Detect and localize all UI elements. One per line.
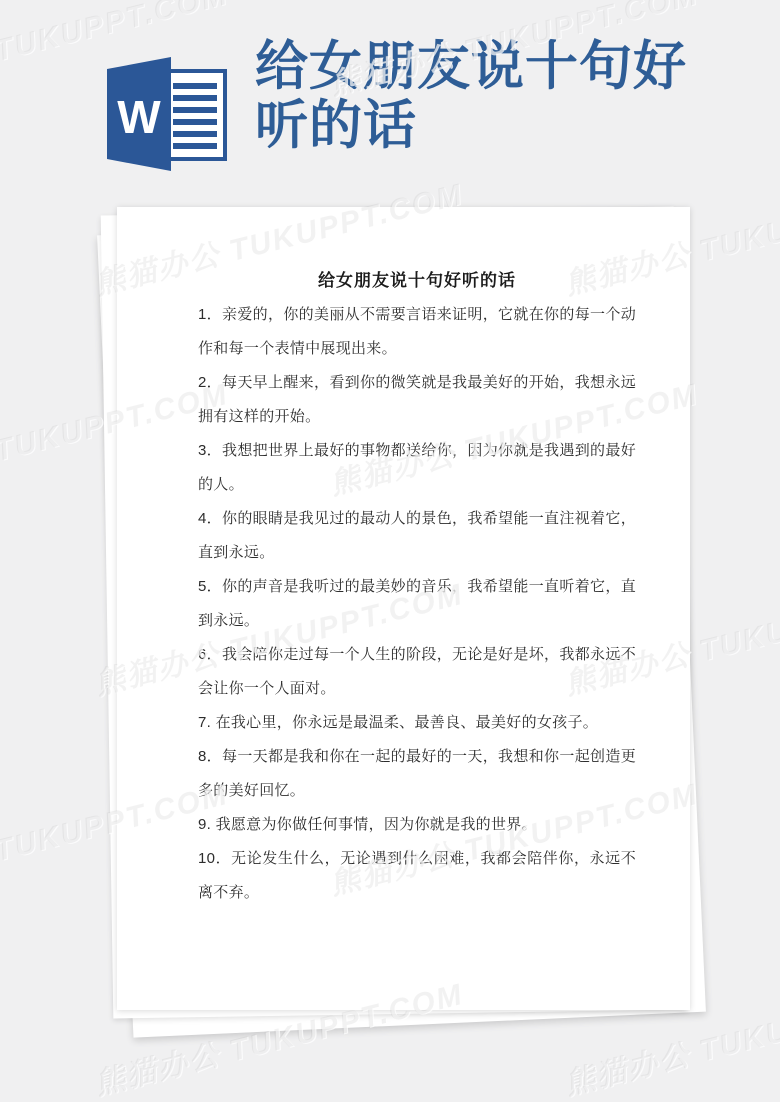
word-icon: W xyxy=(103,57,229,171)
document-paragraph: 10．无论发生什么，无论遇到什么困难，我都会陪伴你，永远不离不弃。 xyxy=(198,842,636,910)
document-paragraph: 4．你的眼睛是我见过的最动人的景色，我希望能一直注视着它，直到永远。 xyxy=(198,502,636,570)
document-paragraph: 8．每一天都是我和你在一起的最好的一天，我想和你一起创造更多的美好回忆。 xyxy=(198,740,636,808)
document-page: 给女朋友说十句好听的话 1．亲爱的，你的美丽从不需要言语来证明，它就在你的每一个… xyxy=(117,207,690,1010)
document-paragraph-list: 1．亲爱的，你的美丽从不需要言语来证明，它就在你的每一个动作和每一个表情中展现出… xyxy=(198,298,636,910)
document-preview-page: { "header": { "title": "给女朋友说十句好听的话", "i… xyxy=(0,0,780,1102)
document-paragraph: 7. 在我心里，你永远是最温柔、最善良、最美好的女孩子。 xyxy=(198,706,636,740)
word-icon-letter: W xyxy=(117,91,161,143)
document-paragraph: 5．你的声音是我听过的最美妙的音乐，我希望能一直听着它，直到永远。 xyxy=(198,570,636,638)
document-paragraph: 6．我会陪你走过每一个人生的阶段，无论是好是坏，我都永远不会让你一个人面对。 xyxy=(198,638,636,706)
word-document-icon: W xyxy=(103,57,229,171)
page-title: 给女朋友说十句好听的话 xyxy=(255,38,703,156)
document-paragraph: 1．亲爱的，你的美丽从不需要言语来证明，它就在你的每一个动作和每一个表情中展现出… xyxy=(198,298,636,366)
document-content: 给女朋友说十句好听的话 1．亲爱的，你的美丽从不需要言语来证明，它就在你的每一个… xyxy=(117,207,690,910)
document-title: 给女朋友说十句好听的话 xyxy=(198,264,636,298)
document-paragraph: 9. 我愿意为你做任何事情，因为你就是我的世界。 xyxy=(198,808,636,842)
document-paragraph: 3．我想把世界上最好的事物都送给你，因为你就是我遇到的最好的人。 xyxy=(198,434,636,502)
document-paragraph: 2．每天早上醒来，看到你的微笑就是我最美好的开始，我想永远拥有这样的开始。 xyxy=(198,366,636,434)
